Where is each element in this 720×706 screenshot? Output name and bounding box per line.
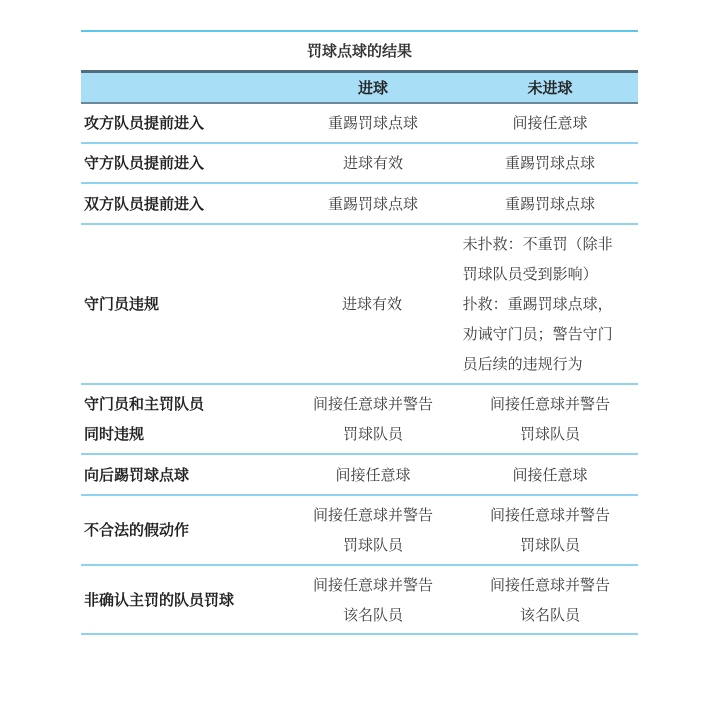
cell-text: 罚球队员 — [462, 419, 638, 449]
cell-text: 间接任意球并警告 — [462, 389, 638, 419]
cell-text: 间接任意球 — [284, 460, 462, 490]
cell-text: 守门员和主罚队员 — [84, 389, 284, 419]
cell-text: 进球有效 — [283, 289, 460, 319]
cell-text: 守门员违规 — [84, 289, 283, 319]
cell-text: 该名队员 — [284, 600, 462, 630]
cell-text: 间接任意球并警告 — [284, 389, 462, 419]
cell-text: 同时违规 — [84, 419, 284, 449]
cell-text: 该名队员 — [462, 600, 638, 630]
goal-cell: 间接任意球并警告罚球队员 — [284, 500, 462, 560]
table-row: 守方队员提前进入进球有效重踢罚球点球 — [81, 144, 638, 184]
cell-text: 重踢罚球点球 — [462, 148, 638, 178]
no-goal-cell: 间接任意球 — [462, 460, 638, 490]
goal-cell: 间接任意球并警告罚球队员 — [284, 389, 462, 449]
goal-cell: 进球有效 — [284, 148, 462, 178]
cell-text: 攻方队员提前进入 — [84, 108, 284, 138]
goal-cell: 进球有效 — [283, 289, 460, 319]
cell-text: 向后踢罚球点球 — [84, 460, 284, 490]
cell-text: 不合法的假动作 — [84, 515, 284, 545]
no-goal-cell: 重踢罚球点球 — [462, 148, 638, 178]
no-goal-cell: 间接任意球并警告该名队员 — [462, 570, 638, 630]
cell-text: 间接任意球并警告 — [284, 570, 462, 600]
situation-cell: 非确认主罚的队员罚球 — [81, 585, 284, 615]
cell-text: 间接任意球并警告 — [462, 570, 638, 600]
situation-cell: 攻方队员提前进入 — [81, 108, 284, 138]
cell-text: 罚球队员受到影响） — [463, 259, 638, 289]
cell-text: 罚球队员 — [284, 419, 462, 449]
situation-cell: 守门员和主罚队员同时违规 — [81, 389, 284, 449]
cell-text: 非确认主罚的队员罚球 — [84, 585, 284, 615]
no-goal-cell: 重踢罚球点球 — [462, 189, 638, 219]
table-caption: 罚球点球的结果 — [81, 32, 638, 70]
cell-text: 重踢罚球点球 — [462, 189, 638, 219]
cell-text: 进球有效 — [284, 148, 462, 178]
situation-cell: 守门员违规 — [81, 289, 283, 319]
cell-text: 未扑救：不重罚（除非 — [463, 229, 638, 259]
cell-text: 重踢罚球点球 — [284, 189, 462, 219]
header-no-goal: 未进球 — [462, 77, 638, 98]
cell-text: 守方队员提前进入 — [84, 148, 284, 178]
goal-cell: 重踢罚球点球 — [284, 108, 462, 138]
table-row: 双方队员提前进入重踢罚球点球重踢罚球点球 — [81, 184, 638, 225]
cell-text: 扑救：重踢罚球点球， — [463, 289, 638, 319]
table-row: 向后踢罚球点球间接任意球间接任意球 — [81, 455, 638, 496]
cell-text: 双方队员提前进入 — [84, 189, 284, 219]
penalty-results-table: 罚球点球的结果 进球 未进球 攻方队员提前进入重踢罚球点球间接任意球守方队员提前… — [81, 30, 638, 635]
no-goal-cell: 未扑救：不重罚（除非罚球队员受到影响）扑救：重踢罚球点球，劝诫守门员；警告守门员… — [461, 229, 638, 379]
table-row: 不合法的假动作间接任意球并警告罚球队员间接任意球并警告罚球队员 — [81, 496, 638, 566]
table-header: 进球 未进球 — [81, 70, 638, 104]
table-row: 守门员和主罚队员同时违规间接任意球并警告罚球队员间接任意球并警告罚球队员 — [81, 385, 638, 455]
no-goal-cell: 间接任意球 — [462, 108, 638, 138]
goal-cell: 间接任意球并警告该名队员 — [284, 570, 462, 630]
table-row: 攻方队员提前进入重踢罚球点球间接任意球 — [81, 104, 638, 144]
cell-text: 间接任意球并警告 — [462, 500, 638, 530]
cell-text: 间接任意球 — [462, 460, 638, 490]
situation-cell: 不合法的假动作 — [81, 515, 284, 545]
table-row: 守门员违规进球有效未扑救：不重罚（除非罚球队员受到影响）扑救：重踢罚球点球，劝诫… — [81, 225, 638, 385]
goal-cell: 间接任意球 — [284, 460, 462, 490]
cell-text: 罚球队员 — [462, 530, 638, 560]
situation-cell: 向后踢罚球点球 — [81, 460, 284, 490]
cell-text: 罚球队员 — [284, 530, 462, 560]
cell-text: 员后续的违规行为 — [463, 349, 638, 379]
cell-text: 劝诫守门员；警告守门 — [463, 319, 638, 349]
table-body: 攻方队员提前进入重踢罚球点球间接任意球守方队员提前进入进球有效重踢罚球点球双方队… — [81, 104, 638, 635]
table-row: 非确认主罚的队员罚球间接任意球并警告该名队员间接任意球并警告该名队员 — [81, 566, 638, 635]
no-goal-cell: 间接任意球并警告罚球队员 — [462, 389, 638, 449]
situation-cell: 守方队员提前进入 — [81, 148, 284, 178]
cell-text: 间接任意球并警告 — [284, 500, 462, 530]
no-goal-cell: 间接任意球并警告罚球队员 — [462, 500, 638, 560]
goal-cell: 重踢罚球点球 — [284, 189, 462, 219]
header-goal: 进球 — [284, 77, 462, 98]
cell-text: 重踢罚球点球 — [284, 108, 462, 138]
situation-cell: 双方队员提前进入 — [81, 189, 284, 219]
cell-text: 间接任意球 — [462, 108, 638, 138]
